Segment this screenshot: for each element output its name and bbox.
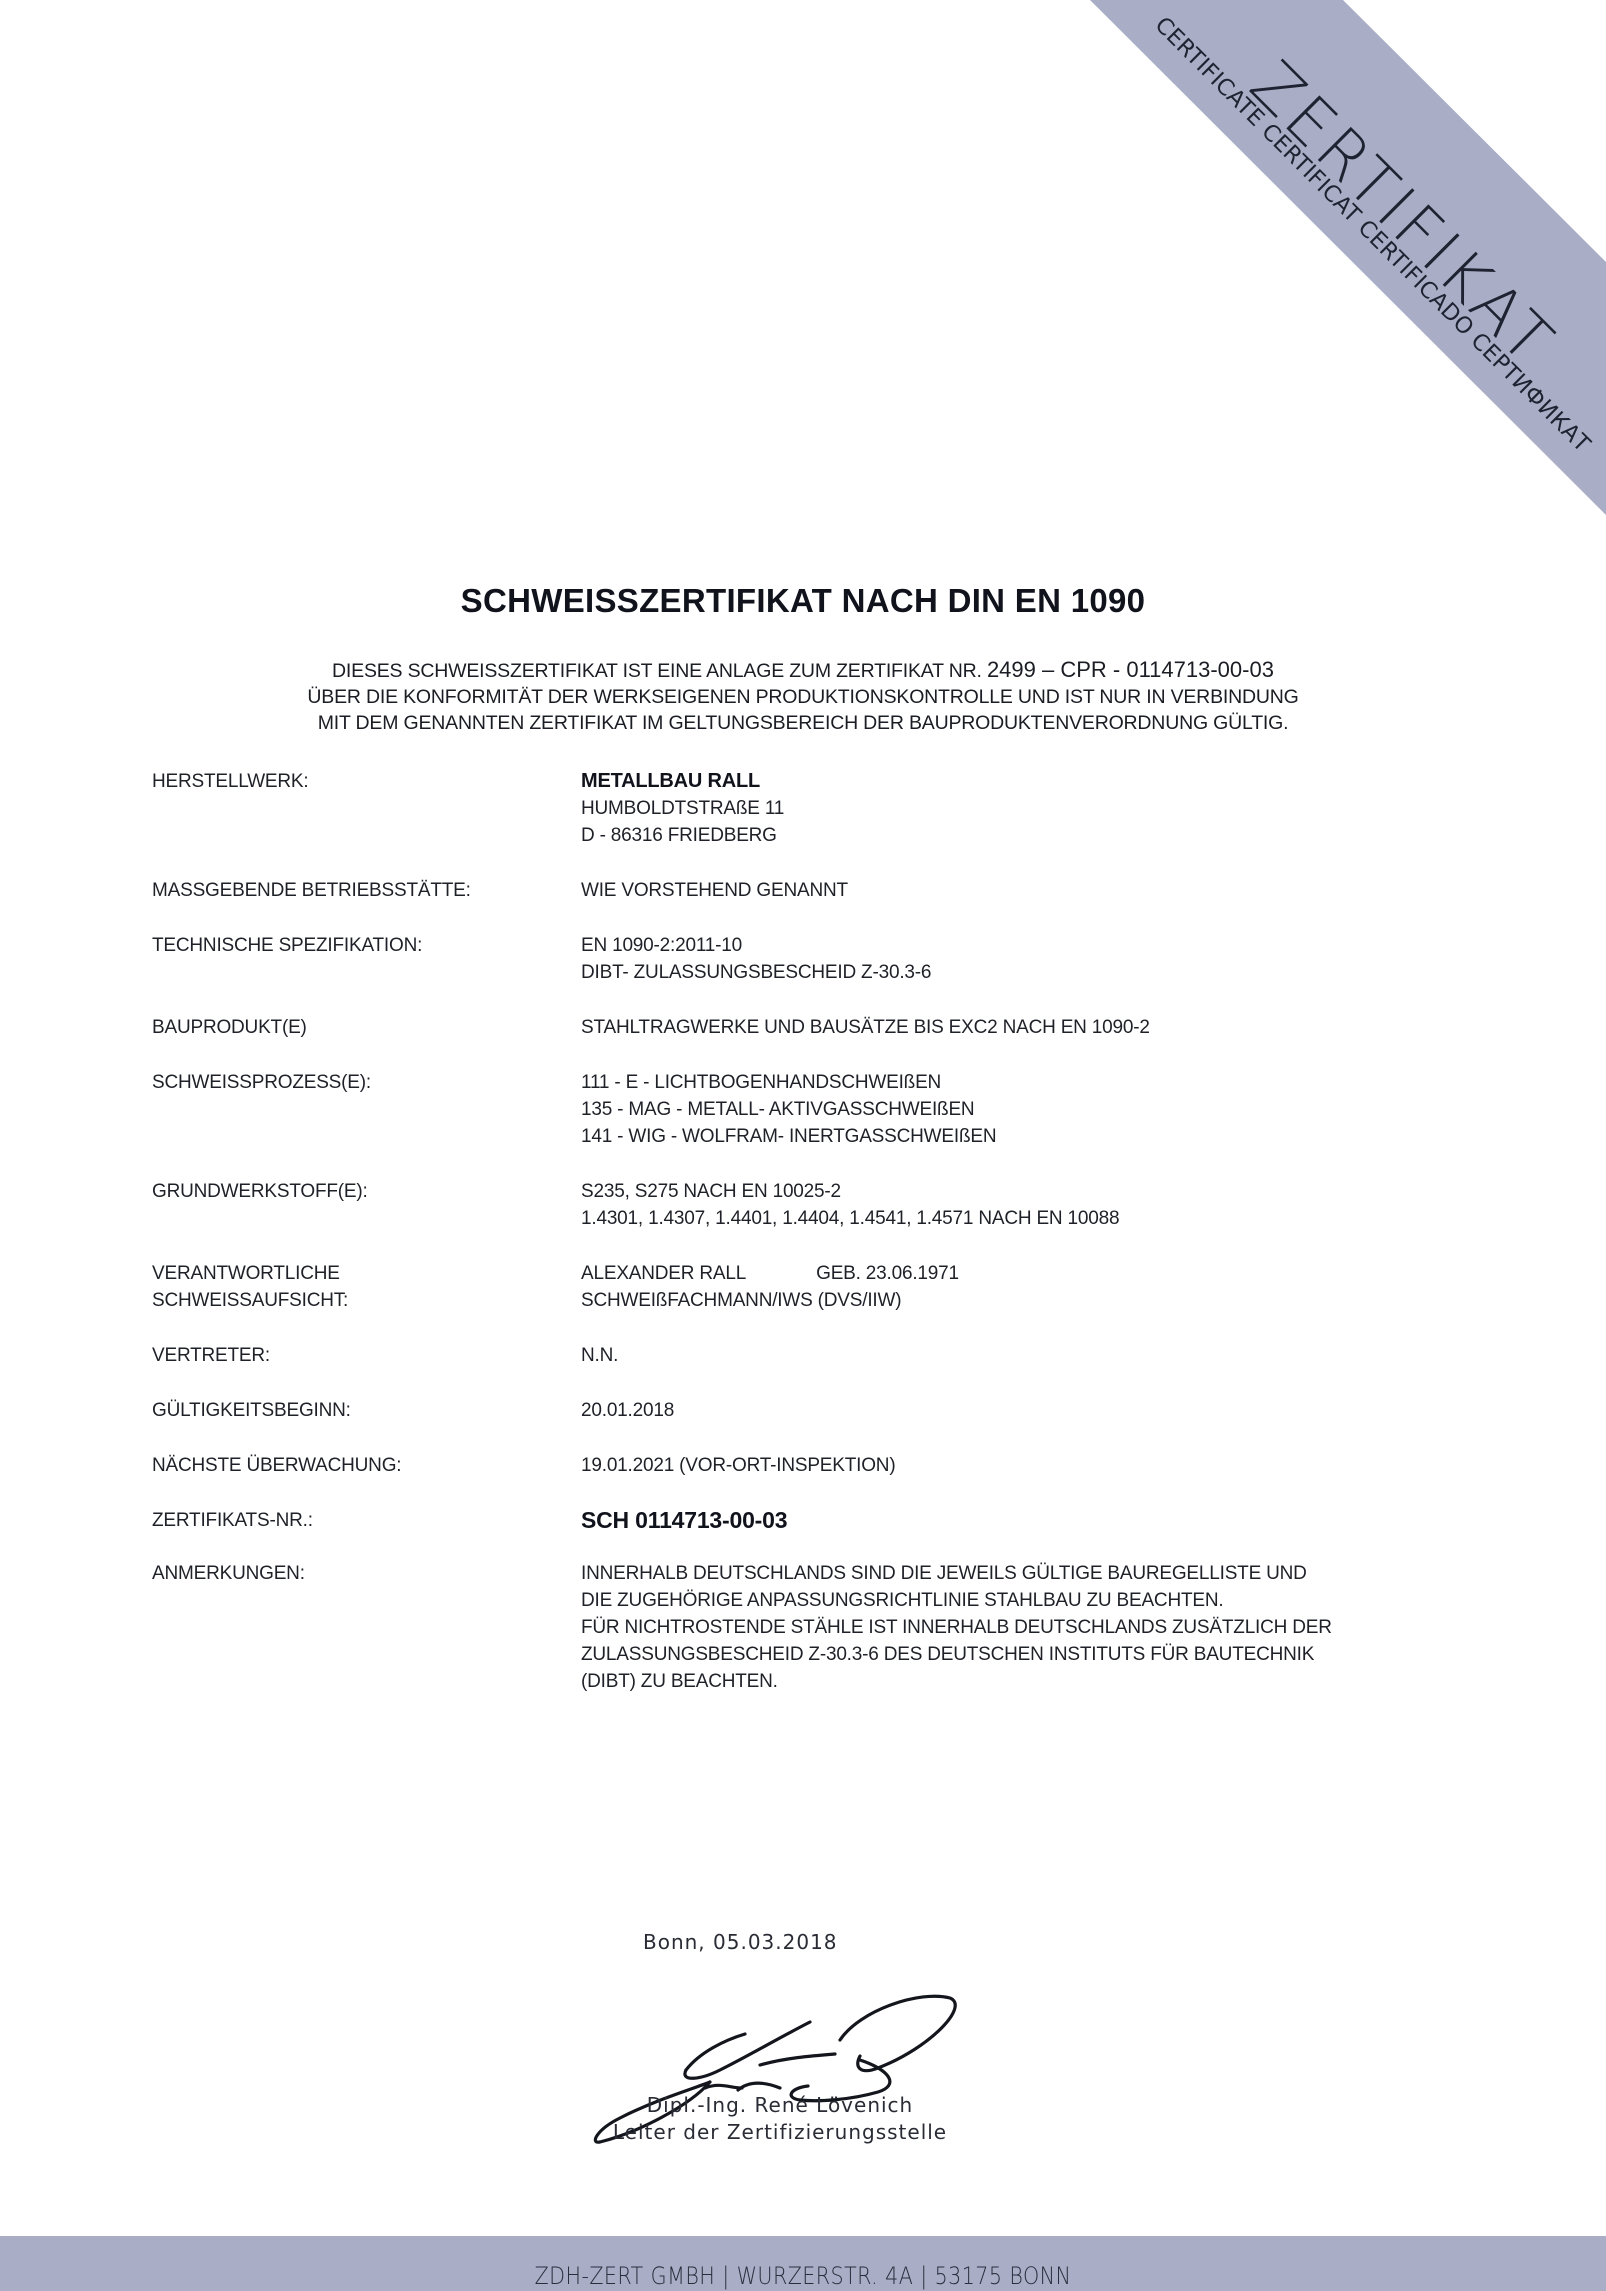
field-spezifikation: TECHNISCHE SPEZIFIKATION: EN 1090-2:2011…: [152, 932, 1452, 986]
material-line: S235, S275 NACH EN 10025-2: [581, 1178, 1452, 1205]
remark-line: INNERHALB DEUTSCHLANDS SIND DIE JEWEILS …: [581, 1560, 1452, 1587]
field-label: VERTRETER:: [152, 1342, 581, 1369]
field-bauprodukt: BAUPRODUKT(E) STAHLTRAGWERKE UND BAUSÄTZ…: [152, 1014, 1452, 1041]
referenced-certificate-number: 2499 – CPR - 0114713-00-03: [987, 657, 1274, 682]
supervisor-qualification: SCHWEIßFACHMANN/IWS (DVS/IIW): [581, 1287, 1452, 1314]
intro-line3: MIT DEM GENANNTEN ZERTIFIKAT IM GELTUNGS…: [0, 710, 1606, 736]
field-label: HERSTELLWERK:: [152, 768, 581, 849]
supervisor-name: ALEXANDER RALL: [581, 1263, 746, 1284]
field-label: TECHNISCHE SPEZIFIKATION:: [152, 932, 581, 986]
field-label: MASSGEBENDE BETRIEBSSTÄTTE:: [152, 877, 581, 904]
process-line: 111 - E - LICHTBOGENHANDSCHWEIßEN: [581, 1069, 1452, 1096]
field-label: ZERTIFIKATS-NR.:: [152, 1507, 581, 1534]
manufacturer-name: METALLBAU RALL: [581, 768, 1452, 795]
remark-line: ZULASSUNGSBESCHEID Z-30.3-6 DES DEUTSCHE…: [581, 1641, 1452, 1668]
field-label: SCHWEISSPROZESS(E):: [152, 1069, 581, 1150]
field-gueltigkeitsbeginn: GÜLTIGKEITSBEGINN: 20.01.2018: [152, 1397, 1452, 1424]
remark-line: (DIBT) ZU BEACHTEN.: [581, 1668, 1452, 1695]
remark-line: DIE ZUGEHÖRIGE ANPASSUNGSRICHTLINIE STAH…: [581, 1587, 1452, 1614]
intro-text: DIESES SCHWEISSZERTIFIKAT IST EINE ANLAG…: [0, 657, 1606, 736]
certificate-number: SCH 0114713-00-03: [581, 1507, 1452, 1534]
ribbon-subtitle: CERTIFICATE CERTIFICAT CERTIFICADO СЕРТИ…: [1150, 12, 1595, 457]
field-value: WIE VORSTEHEND GENANNT: [581, 877, 1452, 904]
field-value: STAHLTRAGWERKE UND BAUSÄTZE BIS EXC2 NAC…: [581, 1014, 1452, 1041]
field-zertifikatsnr: ZERTIFIKATS-NR.: SCH 0114713-00-03: [152, 1507, 1452, 1534]
process-line: 141 - WIG - WOLFRAM- INERTGASSCHWEIßEN: [581, 1123, 1452, 1150]
field-label: ANMERKUNGEN:: [152, 1560, 581, 1695]
field-label: GÜLTIGKEITSBEGINN:: [152, 1397, 581, 1424]
manufacturer-street: HUMBOLDTSTRAßE 11: [581, 795, 1452, 822]
material-line: 1.4301, 1.4307, 1.4401, 1.4404, 1.4541, …: [581, 1205, 1452, 1232]
field-label: NÄCHSTE ÜBERWACHUNG:: [152, 1452, 581, 1479]
field-anmerkungen: ANMERKUNGEN: INNERHALB DEUTSCHLANDS SIND…: [152, 1560, 1452, 1695]
intro-line2: ÜBER DIE KONFORMITÄT DER WERKSEIGENEN PR…: [0, 684, 1606, 710]
supervisor-birthdate: GEB. 23.06.1971: [816, 1260, 959, 1287]
field-label: BAUPRODUKT(E): [152, 1014, 581, 1041]
manufacturer-city: D - 86316 FRIEDBERG: [581, 822, 1452, 849]
field-schweissaufsicht: VERANTWORTLICHE SCHWEISSAUFSICHT: ALEXAN…: [152, 1260, 1452, 1314]
field-value: N.N.: [581, 1342, 1452, 1369]
field-herstellwerk: HERSTELLWERK: METALLBAU RALL HUMBOLDTSTR…: [152, 768, 1452, 849]
field-naechste-ueberwachung: NÄCHSTE ÜBERWACHUNG: 19.01.2021 (VOR-ORT…: [152, 1452, 1452, 1479]
process-line: 135 - MAG - METALL- AKTIVGASSCHWEIßEN: [581, 1096, 1452, 1123]
field-schweissprozess: SCHWEISSPROZESS(E): 111 - E - LICHTBOGEN…: [152, 1069, 1452, 1150]
ribbon-title: ZERTIFIKAT: [1236, 48, 1569, 381]
remark-line: FÜR NICHTROSTENDE STÄHLE IST INNERHALB D…: [581, 1614, 1452, 1641]
certificate-corner-ribbon: [0, 0, 1606, 520]
signatory-block: Dipl.-Ing. René Lövenich Leiter der Zert…: [580, 2092, 980, 2146]
signatory-role: Leiter der Zertifizierungsstelle: [580, 2119, 980, 2146]
spec-line: DIBT- ZULASSUNGSBESCHEID Z-30.3-6: [581, 959, 1452, 986]
field-label: VERANTWORTLICHE SCHWEISSAUFSICHT:: [152, 1260, 581, 1314]
document-title: SCHWEISSZERTIFIKAT NACH DIN EN 1090: [0, 582, 1606, 620]
field-label: GRUNDWERKSTOFF(E):: [152, 1178, 581, 1232]
signatory-name: Dipl.-Ing. René Lövenich: [580, 2092, 980, 2119]
certificate-fields: HERSTELLWERK: METALLBAU RALL HUMBOLDTSTR…: [152, 768, 1452, 1695]
spec-line: EN 1090-2:2011-10: [581, 932, 1452, 959]
field-betriebsstaette: MASSGEBENDE BETRIEBSSTÄTTE: WIE VORSTEHE…: [152, 877, 1452, 904]
field-vertreter: VERTRETER: N.N.: [152, 1342, 1452, 1369]
intro-line1: DIESES SCHWEISSZERTIFIKAT IST EINE ANLAG…: [332, 660, 982, 682]
footer-address: ZDH-ZERT GMBH | WURZERSTR. 4A | 53175 BO…: [112, 2262, 1493, 2290]
field-value: 20.01.2018: [581, 1397, 1452, 1424]
place-and-date: Bonn, 05.03.2018: [643, 1930, 838, 1954]
field-value: 19.01.2021 (VOR-ORT-INSPEKTION): [581, 1452, 1452, 1479]
field-grundwerkstoff: GRUNDWERKSTOFF(E): S235, S275 NACH EN 10…: [152, 1178, 1452, 1232]
